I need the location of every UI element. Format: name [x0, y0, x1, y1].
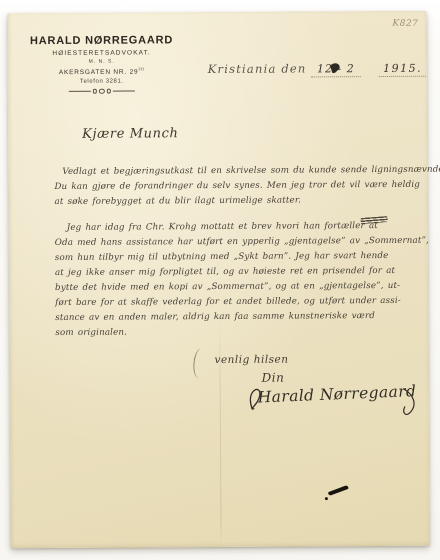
letterhead-ornament	[26, 88, 178, 94]
pencil-catalog-mark: K827	[392, 18, 418, 29]
letterhead-phone: Telefon 3281.	[26, 78, 178, 85]
body-line: Oda med hans assistance har utført en yp…	[55, 236, 403, 248]
ornament-dot	[99, 88, 105, 94]
letterhead-name: HARALD NØRREGAARD	[26, 34, 178, 47]
body-line: ført bare for at skaffe vederlag for et …	[55, 296, 403, 308]
letterhead-address-text: AKERSGATEN NR. 29	[59, 69, 139, 76]
body-line: Du kan gjøre de forandringer du selv syn…	[54, 180, 402, 192]
salutation: Kjære Munch	[82, 126, 178, 142]
ornament-line-left	[69, 91, 91, 92]
body-line: bytte det hvide med en kopi av „Sommerna…	[55, 281, 403, 293]
letterhead-address: AKERSGATEN NR. 29III	[26, 66, 178, 76]
ink-mark	[322, 482, 351, 502]
dateline-place: Kristiania den	[208, 61, 307, 76]
pen-flourish	[192, 348, 206, 379]
letterhead-membership: M. N. S.	[26, 58, 178, 65]
body-line: at søke forebygget at du blir ilagt urim…	[54, 195, 402, 207]
body-line: som originalen.	[55, 326, 403, 338]
closing-regards: venlig hilsen	[214, 354, 288, 366]
letterhead: HARALD NØRREGAARD HØIESTERETSADVOKAT. M.…	[26, 34, 178, 94]
scan-background: HARALD NØRREGAARD HØIESTERETSADVOKAT. M.…	[0, 0, 440, 560]
body-line: som hun tilbyr mig til utbytning med „Sy…	[55, 251, 403, 263]
letterhead-address-floor: III	[138, 66, 144, 71]
ornament-dot	[107, 89, 112, 94]
body-line: at jeg ikke anser mig forpligtet til, og…	[55, 266, 403, 278]
ink-mark-stroke	[328, 485, 349, 496]
paper-fold-line	[219, 312, 221, 544]
ink-mark-dot	[324, 497, 328, 501]
body-line: stance av en anden maler, aldrig kan faa…	[55, 311, 403, 323]
ornament-dot	[93, 89, 98, 94]
letterhead-title: HØIESTERETSADVOKAT.	[26, 49, 178, 57]
body-line: Vedlagt et begjæringsutkast til en skriv…	[62, 165, 410, 177]
dateline-year: 1915.	[379, 62, 426, 77]
letter-paper: HARALD NØRREGAARD HØIESTERETSADVOKAT. M.…	[7, 11, 429, 549]
dateline: Kristiania den 12 - 2 1915.	[208, 59, 418, 78]
ornament-line-right	[113, 90, 135, 91]
